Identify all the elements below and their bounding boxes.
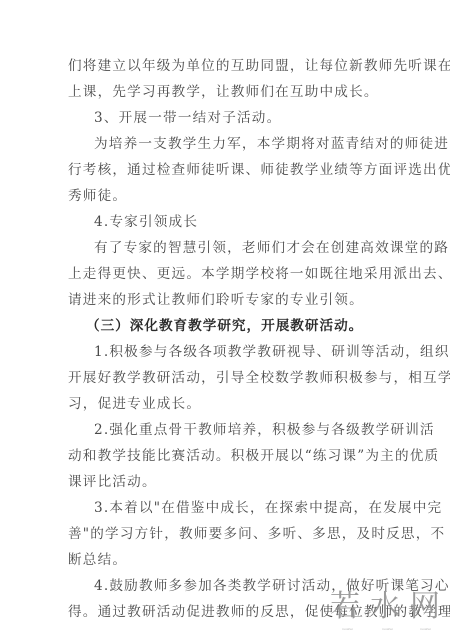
list-item-1: 1.积极参与各级各项教学教研视导、研训等活动，组织	[94, 344, 450, 360]
text-line: 动和教学技能比赛活动。积极开展以“练习课”为主的优质	[68, 448, 439, 464]
document-page: 们将建立以年级为单位的互助同盟，让每位新教师先听课在 上课，先学习再教学，让教师…	[0, 0, 450, 637]
text-line: 上走得更快、更远。本学期学校将一如既往地采用派出去、	[68, 266, 450, 282]
section-item-4: 4.专家引领成长	[94, 214, 198, 230]
text-line: 上课，先学习再教学，让教师们在互助中成长。	[68, 84, 379, 100]
paragraph-start: 有了专家的智慧引领，老师们才会在创建高效课堂的路	[94, 240, 449, 256]
section-heading: （三）深化教育教学研究，开展教研活动。	[86, 318, 363, 334]
text-line: 开展好教学教研活动，引导全校数学教师积极参与，相互学	[68, 370, 450, 386]
section-item-3: 3、开展一带一结对子活动。	[94, 110, 281, 126]
text-line: 秀师徒。	[68, 188, 127, 204]
watermark-subtext: ruoshui	[420, 627, 431, 631]
watermark-logo: 若水网 ruoshui ruoshui ruoshui	[330, 590, 445, 635]
list-item-2: 2.强化重点骨干教师培养，积极参与各级教学研训活	[94, 422, 435, 438]
text-line: 习，促进专业成长。	[68, 396, 201, 412]
watermark-subtext: ruoshui	[342, 627, 353, 631]
list-item-3: 3.本着以"在借鉴中成长，在探索中提高，在发展中完	[94, 500, 442, 516]
watermark-subtext: ruoshui	[382, 627, 393, 631]
text-line: 善"的学习方针，教师要多问、多听、多思，及时反思，不	[68, 526, 445, 542]
text-line: 断总结。	[68, 552, 127, 568]
paragraph-start: 为培养一支教学生力军，本学期将对蓝青结对的师徒进	[94, 136, 449, 152]
text-line: 课评比活动。	[68, 474, 157, 490]
text-line: 行考核，通过检查师徒听课、师徒教学业绩等方面评选出优	[68, 162, 450, 178]
watermark-text: 若水网	[330, 590, 450, 624]
text-line: 们将建立以年级为单位的互助同盟，让每位新教师先听课在	[68, 58, 450, 74]
text-line: 请进来的形式让教师们聆听专家的专业引领。	[68, 292, 364, 308]
